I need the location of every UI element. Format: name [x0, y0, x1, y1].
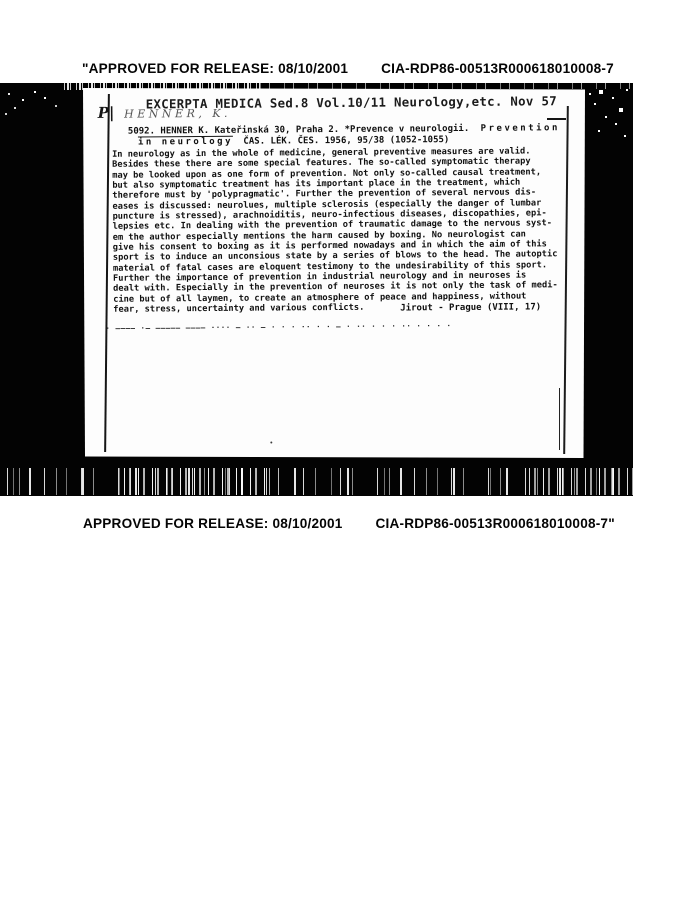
microfilm-scan-frame: EXCERPTA MEDICA Sed.8 Vol.10/11 Neurolog… — [0, 83, 633, 496]
document-page: "APPROVED FOR RELEASE: 08/10/2001CIA-RDP… — [0, 0, 700, 906]
release-banner-top-text: "APPROVED FOR RELEASE: 08/10/2001 — [82, 61, 348, 76]
abstract-signature: Jirout - Prague (VIII, 17) — [400, 303, 541, 314]
handwritten-author-name: HENNER, K. — [124, 107, 231, 121]
citation-number: 5092. — [128, 126, 155, 136]
english-title-part2: in neurology — [138, 136, 233, 148]
film-streak-cluster-right — [525, 468, 633, 495]
card-content: EXCERPTA MEDICA Sed.8 Vol.10/11 Neurolog… — [82, 86, 587, 460]
abstract-text: Jirout - Prague (VIII, 17) In neurology … — [112, 146, 577, 315]
film-streak-cluster-left — [120, 468, 270, 495]
scan-noise-specks — [0, 83, 2, 85]
document-id-top: CIA-RDP86-00513R000618010008-7 — [381, 61, 614, 76]
separator-scribble: · ———— ·— ————— ———— ···· — ·· — · · · ·… — [105, 320, 573, 333]
handwritten-flag-mark: P| — [98, 104, 115, 122]
citation-source: ČAS. LÉK. ČES. 1956, 95/38 (1052-1055) — [243, 135, 449, 147]
abstract-card: EXCERPTA MEDICA Sed.8 Vol.10/11 Neurolog… — [83, 88, 585, 458]
release-banner-top: "APPROVED FOR RELEASE: 08/10/2001CIA-RDP… — [82, 61, 614, 76]
handwritten-annotation: P| HENNER, K. — [98, 102, 231, 122]
release-banner-bottom-text: APPROVED FOR RELEASE: 08/10/2001 — [83, 516, 342, 531]
film-edge-marks-sparse — [260, 83, 632, 89]
document-id-bottom: CIA-RDP86-00513R000618010008-7" — [375, 516, 614, 531]
film-bottom-streaks — [0, 468, 633, 495]
citation-block: 5092. HENNER K. Kateřinská 30, Praha 2. … — [128, 123, 560, 148]
release-banner-bottom: APPROVED FOR RELEASE: 08/10/2001CIA-RDP8… — [83, 516, 615, 531]
stray-dot — [270, 441, 272, 443]
english-title-part1: Prevention — [481, 123, 560, 134]
